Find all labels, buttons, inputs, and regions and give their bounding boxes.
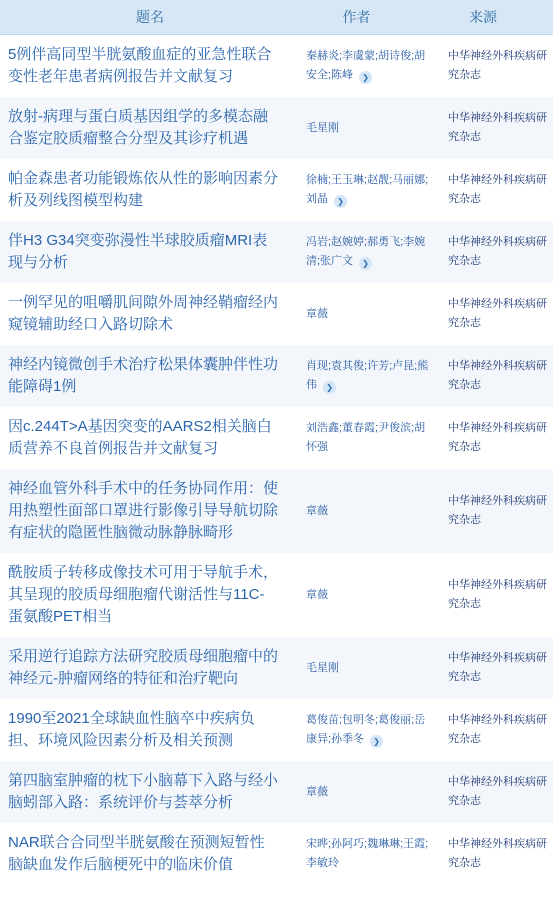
table-row: 神经血管外科手术中的任务协同作用：使用热塑性面部口罩进行影像引导导航切除有症状的… — [0, 469, 553, 553]
author-links[interactable]: 章薇 — [306, 786, 328, 798]
source-cell: 中华神经外科疾病研究杂志 — [441, 233, 553, 271]
article-title-link[interactable]: 第四脑室肿瘤的枕下小脑幕下入路与经小脑蚓部入路：系统评价与荟萃分析 — [8, 770, 278, 814]
title-cell: 第四脑室肿瘤的枕下小脑幕下入路与经小脑蚓部入路：系统评价与荟萃分析 — [0, 770, 300, 814]
authors-cell: 葛俊苗;包明冬;葛俊丽;岳康异;孙季冬 ❯ — [300, 711, 441, 749]
source-journal-link[interactable]: 中华神经外科疾病研究杂志 — [448, 838, 547, 869]
authors-cell: 刘浩鑫;董春霞;尹俊滨;胡怀强 — [300, 419, 441, 457]
table-row: 神经内镜微创手术治疗松果体囊肿伴性功能障碍1例 肖现;袁其俊;许芳;卢昆;熊伟 … — [0, 345, 553, 407]
article-title-link[interactable]: 帕金森患者功能锻炼依从性的影响因素分析及列线图模型构建 — [8, 168, 278, 212]
authors-cell: 章薇 — [300, 586, 441, 605]
source-journal-link[interactable]: 中华神经外科疾病研究杂志 — [448, 579, 547, 610]
source-cell: 中华神经外科疾病研究杂志 — [441, 492, 553, 530]
source-cell: 中华神经外科疾病研究杂志 — [441, 576, 553, 614]
article-title-link[interactable]: 神经血管外科手术中的任务协同作用：使用热塑性面部口罩进行影像引导导航切除有症状的… — [8, 478, 278, 544]
article-title-link[interactable]: 酰胺质子转移成像技术可用于导航手术，其呈现的胶质母细胞瘤代谢活性与11C-蛋氨酸… — [8, 562, 278, 628]
article-title-link[interactable]: 采用逆行追踪方法研究胶质母细胞瘤中的神经元-肿瘤网络的特征和治疗靶向 — [8, 646, 278, 690]
source-cell: 中华神经外科疾病研究杂志 — [441, 419, 553, 457]
article-table-body: 5例伴高同型半胱氨酸血症的亚急性联合变性老年患者病例报告并文献复习 秦赫炎;李虞… — [0, 35, 553, 885]
source-cell: 中华神经外科疾病研究杂志 — [441, 295, 553, 333]
source-journal-link[interactable]: 中华神经外科疾病研究杂志 — [448, 360, 547, 391]
expand-authors-button[interactable]: ❯ — [323, 381, 336, 394]
authors-cell: 章薇 — [300, 305, 441, 324]
table-row: 第四脑室肿瘤的枕下小脑幕下入路与经小脑蚓部入路：系统评价与荟萃分析 章薇 中华神… — [0, 761, 553, 823]
author-links[interactable]: 章薇 — [306, 308, 328, 320]
chevron-right-icon: ❯ — [326, 381, 333, 394]
title-cell: 伴H3 G34突变弥漫性半球胶质瘤MRI表现与分析 — [0, 230, 300, 274]
source-journal-link[interactable]: 中华神经外科疾病研究杂志 — [448, 422, 547, 453]
table-row: 一例罕见的咀嚼肌间隙外周神经鞘瘤经内窥镜辅助经口入路切除术 章薇 中华神经外科疾… — [0, 283, 553, 345]
article-title-link[interactable]: 放射-病理与蛋白质基因组学的多模态融合鉴定胶质瘤整合分型及其诊疗机遇 — [8, 106, 278, 150]
title-cell: 1990至2021全球缺血性脑卒中疾病负担、环境风险因素分析及相关预测 — [0, 708, 300, 752]
author-links[interactable]: 徐楠;王玉琳;赵靓;马丽娜;刘晶 — [306, 174, 428, 205]
expand-authors-button[interactable]: ❯ — [359, 257, 372, 270]
authors-cell: 毛星刚 — [300, 659, 441, 678]
title-cell: 5例伴高同型半胱氨酸血症的亚急性联合变性老年患者病例报告并文献复习 — [0, 44, 300, 88]
author-links[interactable]: 宋晔;孙阿巧;魏琳琳;王霞;李敏玲 — [306, 838, 428, 869]
chevron-right-icon: ❯ — [362, 257, 369, 270]
table-row: 5例伴高同型半胱氨酸血症的亚急性联合变性老年患者病例报告并文献复习 秦赫炎;李虞… — [0, 35, 553, 97]
table-row: 伴H3 G34突变弥漫性半球胶质瘤MRI表现与分析 冯岩;赵婉婷;郝勇飞;李婉清… — [0, 221, 553, 283]
table-row: 1990至2021全球缺血性脑卒中疾病负担、环境风险因素分析及相关预测 葛俊苗;… — [0, 699, 553, 761]
table-row: 帕金森患者功能锻炼依从性的影响因素分析及列线图模型构建 徐楠;王玉琳;赵靓;马丽… — [0, 159, 553, 221]
author-links[interactable]: 章薇 — [306, 589, 328, 601]
author-links[interactable]: 章薇 — [306, 505, 328, 517]
chevron-right-icon: ❯ — [373, 735, 380, 748]
article-title-link[interactable]: NAR联合合同型半胱氨酸在预测短暂性脑缺血发作后脑梗死中的临床价值 — [8, 832, 278, 876]
table-row: 因c.244T>A基因突变的AARS2相关脑白质营养不良首例报告并文献复习 刘浩… — [0, 407, 553, 469]
article-title-link[interactable]: 神经内镜微创手术治疗松果体囊肿伴性功能障碍1例 — [8, 354, 278, 398]
article-title-link[interactable]: 伴H3 G34突变弥漫性半球胶质瘤MRI表现与分析 — [8, 230, 278, 274]
expand-authors-button[interactable]: ❯ — [334, 195, 347, 208]
source-journal-link[interactable]: 中华神经外科疾病研究杂志 — [448, 495, 547, 526]
source-cell: 中华神经外科疾病研究杂志 — [441, 47, 553, 85]
author-links[interactable]: 葛俊苗;包明冬;葛俊丽;岳康异;孙季冬 — [306, 714, 425, 745]
source-journal-link[interactable]: 中华神经外科疾病研究杂志 — [448, 174, 547, 205]
article-title-link[interactable]: 一例罕见的咀嚼肌间隙外周神经鞘瘤经内窥镜辅助经口入路切除术 — [8, 292, 278, 336]
search-results-table: 题名 作者 来源 5例伴高同型半胱氨酸血症的亚急性联合变性老年患者病例报告并文献… — [0, 0, 553, 885]
author-links[interactable]: 毛星刚 — [306, 122, 339, 134]
source-cell: 中华神经外科疾病研究杂志 — [441, 835, 553, 873]
table-header-row: 题名 作者 来源 — [0, 0, 553, 35]
table-row: 放射-病理与蛋白质基因组学的多模态融合鉴定胶质瘤整合分型及其诊疗机遇 毛星刚 中… — [0, 97, 553, 159]
authors-cell: 章薇 — [300, 783, 441, 802]
source-journal-link[interactable]: 中华神经外科疾病研究杂志 — [448, 714, 547, 745]
title-cell: 放射-病理与蛋白质基因组学的多模态融合鉴定胶质瘤整合分型及其诊疗机遇 — [0, 106, 300, 150]
source-journal-link[interactable]: 中华神经外科疾病研究杂志 — [448, 298, 547, 329]
authors-cell: 章薇 — [300, 502, 441, 521]
authors-cell: 冯岩;赵婉婷;郝勇飞;李婉清;张广文 ❯ — [300, 233, 441, 271]
authors-cell: 秦赫炎;李虞蒙;胡诗俊;胡安全;陈峰 ❯ — [300, 47, 441, 85]
table-row: 酰胺质子转移成像技术可用于导航手术，其呈现的胶质母细胞瘤代谢活性与11C-蛋氨酸… — [0, 553, 553, 637]
author-links[interactable]: 毛星刚 — [306, 662, 339, 674]
source-cell: 中华神经外科疾病研究杂志 — [441, 773, 553, 811]
source-cell: 中华神经外科疾病研究杂志 — [441, 649, 553, 687]
source-journal-link[interactable]: 中华神经外科疾病研究杂志 — [448, 112, 547, 143]
source-journal-link[interactable]: 中华神经外科疾病研究杂志 — [448, 236, 547, 267]
title-cell: 酰胺质子转移成像技术可用于导航手术，其呈现的胶质母细胞瘤代谢活性与11C-蛋氨酸… — [0, 562, 300, 628]
authors-cell: 肖现;袁其俊;许芳;卢昆;熊伟 ❯ — [300, 357, 441, 395]
authors-cell: 徐楠;王玉琳;赵靓;马丽娜;刘晶 ❯ — [300, 171, 441, 209]
chevron-right-icon: ❯ — [362, 71, 369, 84]
expand-authors-button[interactable]: ❯ — [370, 735, 383, 748]
article-title-link[interactable]: 因c.244T>A基因突变的AARS2相关脑白质营养不良首例报告并文献复习 — [8, 416, 278, 460]
author-links[interactable]: 刘浩鑫;董春霞;尹俊滨;胡怀强 — [306, 422, 425, 453]
title-cell: 神经血管外科手术中的任务协同作用：使用热塑性面部口罩进行影像引导导航切除有症状的… — [0, 478, 300, 544]
authors-cell: 宋晔;孙阿巧;魏琳琳;王霞;李敏玲 — [300, 835, 441, 873]
column-header-source: 来源 — [441, 7, 553, 27]
table-row: NAR联合合同型半胱氨酸在预测短暂性脑缺血发作后脑梗死中的临床价值 宋晔;孙阿巧… — [0, 823, 553, 885]
title-cell: 因c.244T>A基因突变的AARS2相关脑白质营养不良首例报告并文献复习 — [0, 416, 300, 460]
article-title-link[interactable]: 5例伴高同型半胱氨酸血症的亚急性联合变性老年患者病例报告并文献复习 — [8, 44, 278, 88]
source-cell: 中华神经外科疾病研究杂志 — [441, 171, 553, 209]
title-cell: 帕金森患者功能锻炼依从性的影响因素分析及列线图模型构建 — [0, 168, 300, 212]
chevron-right-icon: ❯ — [337, 195, 344, 208]
title-cell: 采用逆行追踪方法研究胶质母细胞瘤中的神经元-肿瘤网络的特征和治疗靶向 — [0, 646, 300, 690]
source-cell: 中华神经外科疾病研究杂志 — [441, 357, 553, 395]
article-title-link[interactable]: 1990至2021全球缺血性脑卒中疾病负担、环境风险因素分析及相关预测 — [8, 708, 278, 752]
column-header-title: 题名 — [0, 7, 300, 27]
source-cell: 中华神经外科疾病研究杂志 — [441, 711, 553, 749]
column-header-authors: 作者 — [300, 7, 441, 27]
source-journal-link[interactable]: 中华神经外科疾病研究杂志 — [448, 652, 547, 683]
source-cell: 中华神经外科疾病研究杂志 — [441, 109, 553, 147]
authors-cell: 毛星刚 — [300, 119, 441, 138]
table-row: 采用逆行追踪方法研究胶质母细胞瘤中的神经元-肿瘤网络的特征和治疗靶向 毛星刚 中… — [0, 637, 553, 699]
title-cell: NAR联合合同型半胱氨酸在预测短暂性脑缺血发作后脑梗死中的临床价值 — [0, 832, 300, 876]
title-cell: 一例罕见的咀嚼肌间隙外周神经鞘瘤经内窥镜辅助经口入路切除术 — [0, 292, 300, 336]
expand-authors-button[interactable]: ❯ — [359, 71, 372, 84]
source-journal-link[interactable]: 中华神经外科疾病研究杂志 — [448, 776, 547, 807]
title-cell: 神经内镜微创手术治疗松果体囊肿伴性功能障碍1例 — [0, 354, 300, 398]
source-journal-link[interactable]: 中华神经外科疾病研究杂志 — [448, 50, 547, 81]
